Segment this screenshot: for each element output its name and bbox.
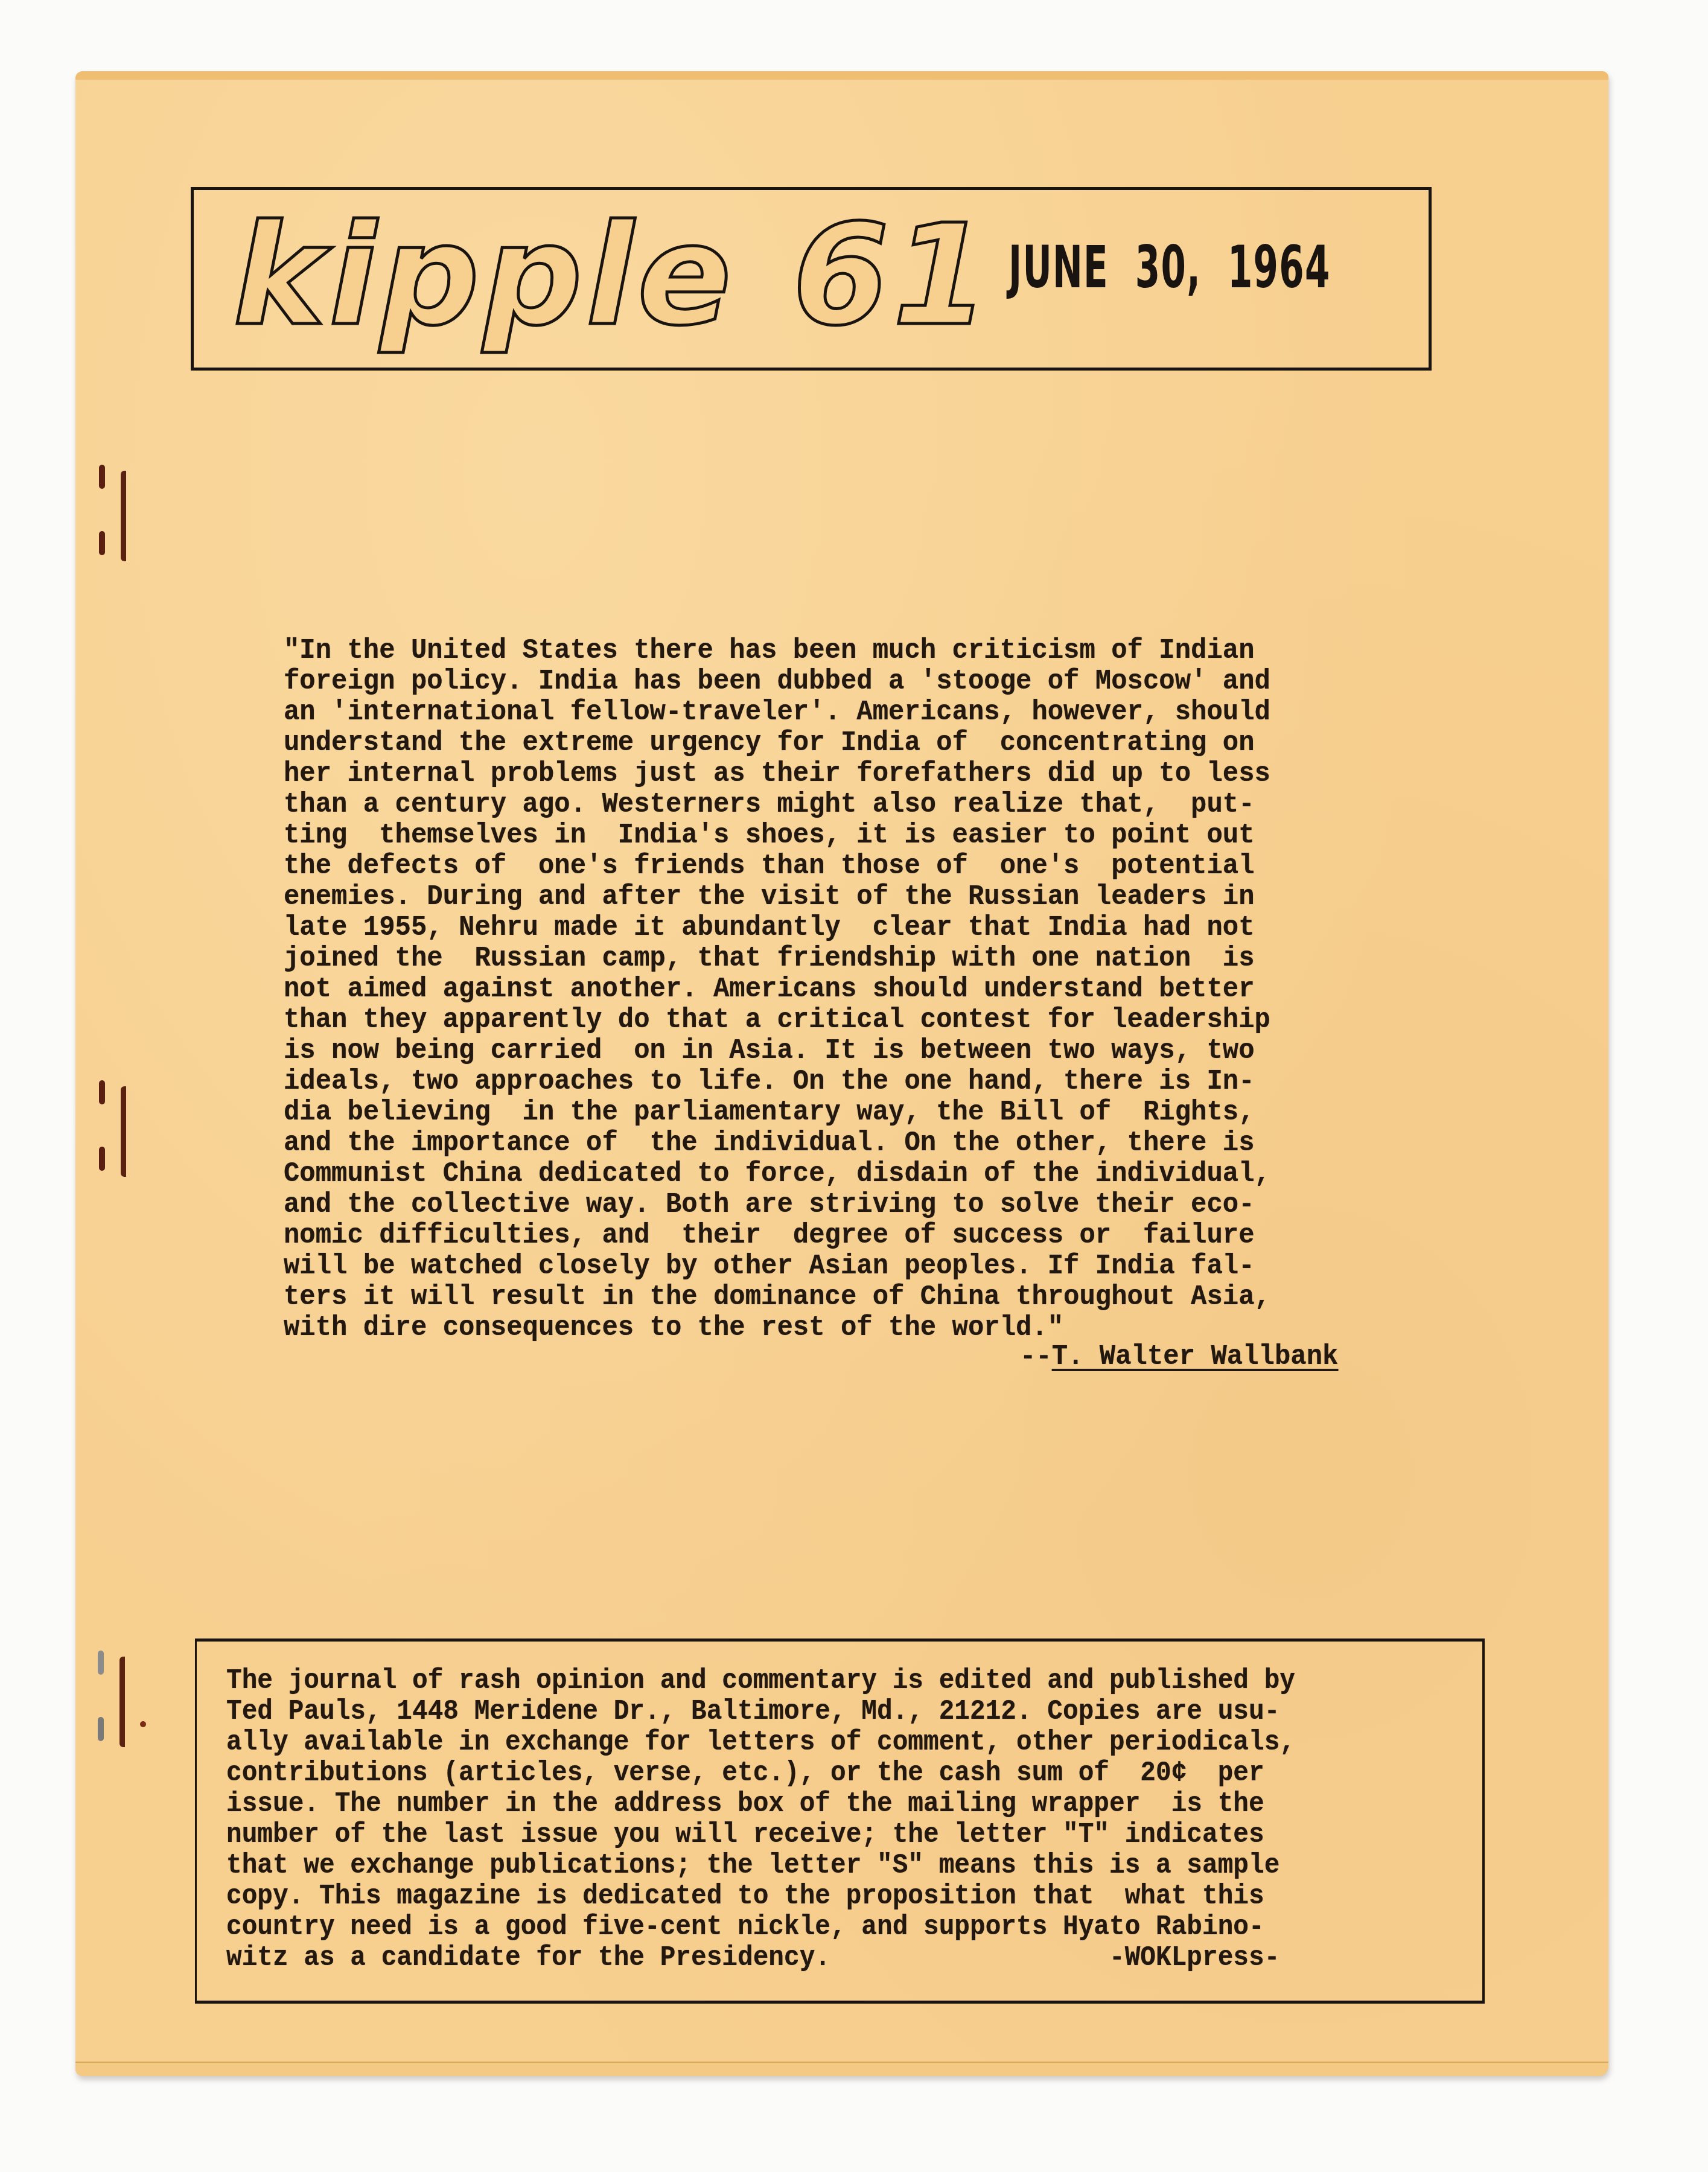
issue-date: JUNE 30, 1964 xyxy=(1009,234,1331,301)
spacer xyxy=(830,1942,1109,1973)
staple-icon xyxy=(97,1080,139,1183)
quote-line: than a century ago. Westerners might als… xyxy=(284,789,1270,820)
issue-number: 61 xyxy=(792,196,993,357)
colophon-line: number of the last issue you will receiv… xyxy=(226,1820,1295,1850)
quote-line: her internal problems just as their fore… xyxy=(284,758,1270,789)
quote-line: an 'international fellow-traveler'. Amer… xyxy=(284,696,1270,727)
colophon-line: copy. This magazine is dedicated to the … xyxy=(226,1881,1295,1912)
colophon-line: country need is a good five-cent nickle,… xyxy=(226,1912,1295,1943)
colophon-line: Ted Pauls, 1448 Meridene Dr., Baltimore,… xyxy=(226,1696,1295,1727)
quote-line: is now being carried on in Asia. It is b… xyxy=(284,1035,1270,1066)
epigraph-quote: "In the United States there has been muc… xyxy=(284,635,1270,1343)
colophon-line: ally available in exchange for letters o… xyxy=(226,1727,1295,1758)
quote-attribution: --T. Walter Wallbank xyxy=(1020,1341,1338,1372)
quote-line: dia believing in the parliamentary way, … xyxy=(284,1097,1270,1127)
quote-line: enemies. During and after the visit of t… xyxy=(284,881,1270,912)
quote-line: and the importance of the individual. On… xyxy=(284,1127,1270,1158)
paper-bottom-edge xyxy=(75,2062,1608,2076)
colophon-line: contributions (articles, verse, etc.), o… xyxy=(226,1758,1295,1789)
rust-speck xyxy=(140,1721,146,1727)
quote-line: "In the United States there has been muc… xyxy=(284,635,1270,666)
quote-line: with dire consequences to the rest of th… xyxy=(284,1312,1270,1343)
quote-line: joined the Russian camp, that friendship… xyxy=(284,943,1270,973)
attribution-name: T. Walter Wallbank xyxy=(1052,1340,1339,1372)
quote-line: understand the extreme urgency for India… xyxy=(284,727,1270,758)
quote-line: will be watched closely by other Asian p… xyxy=(284,1250,1270,1281)
quote-line: ters it will result in the dominance of … xyxy=(284,1281,1270,1312)
quote-line: not aimed against another. Americans sho… xyxy=(284,973,1270,1004)
staple-icon xyxy=(95,1651,138,1753)
masthead-box: kipple61 JUNE 30, 1964 xyxy=(191,187,1432,371)
quote-line: Communist China dedicated to force, disd… xyxy=(284,1158,1270,1189)
quote-line: the defects of one's friends than those … xyxy=(284,850,1270,881)
quote-line: late 1955, Nehru made it abundantly clea… xyxy=(284,912,1270,943)
attribution-prefix: -- xyxy=(1020,1340,1052,1372)
staple-icon xyxy=(97,465,139,567)
quote-line: foreign policy. India has been dubbed a … xyxy=(284,666,1270,696)
quote-line: and the collective way. Both are strivin… xyxy=(284,1189,1270,1220)
quote-line: ideals, two approaches to life. On the o… xyxy=(284,1066,1270,1097)
colophon-line: issue. The number in the address box of … xyxy=(226,1789,1295,1820)
colophon-line: The journal of rash opinion and commenta… xyxy=(226,1666,1295,1696)
masthead-title: kipple61 xyxy=(233,207,993,346)
colophon-line: witz as a candidate for the Presidency. … xyxy=(226,1943,1295,1973)
colophon-text: The journal of rash opinion and commenta… xyxy=(226,1666,1295,1973)
quote-line: than they apparently do that a critical … xyxy=(284,1004,1270,1035)
zine-title: kipple xyxy=(233,196,735,357)
quote-line: nomic difficulties, and their degree of … xyxy=(284,1220,1270,1250)
colophon-line: that we exchange publications; the lette… xyxy=(226,1850,1295,1881)
paper-top-edge xyxy=(75,71,1608,80)
quote-line: ting themselves in India's shoes, it is … xyxy=(284,820,1270,850)
publisher-signature: -WOKLpress- xyxy=(1109,1942,1279,1973)
